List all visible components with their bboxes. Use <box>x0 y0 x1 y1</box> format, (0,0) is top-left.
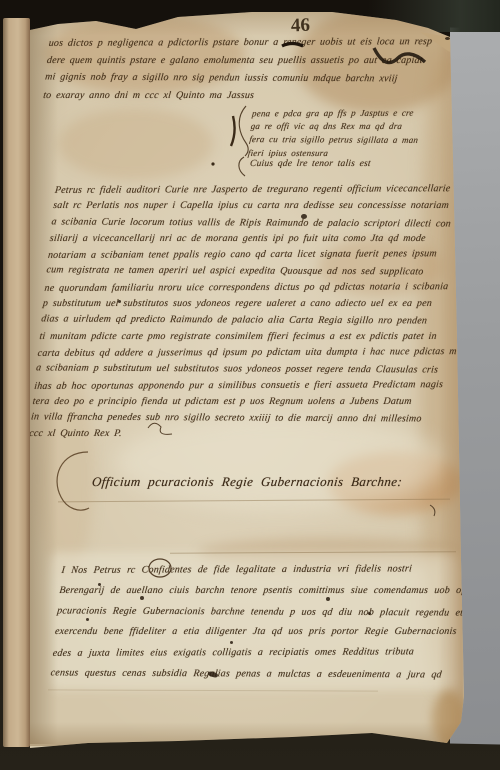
previous-page-edge <box>3 18 30 747</box>
pen-flourishes <box>0 0 500 770</box>
manuscript-photo: 46 xxbj uos dictos p negligenca a pdicto… <box>0 0 500 770</box>
parchment-page: 46 xxbj uos dictos p negligenca a pdicto… <box>0 0 500 770</box>
